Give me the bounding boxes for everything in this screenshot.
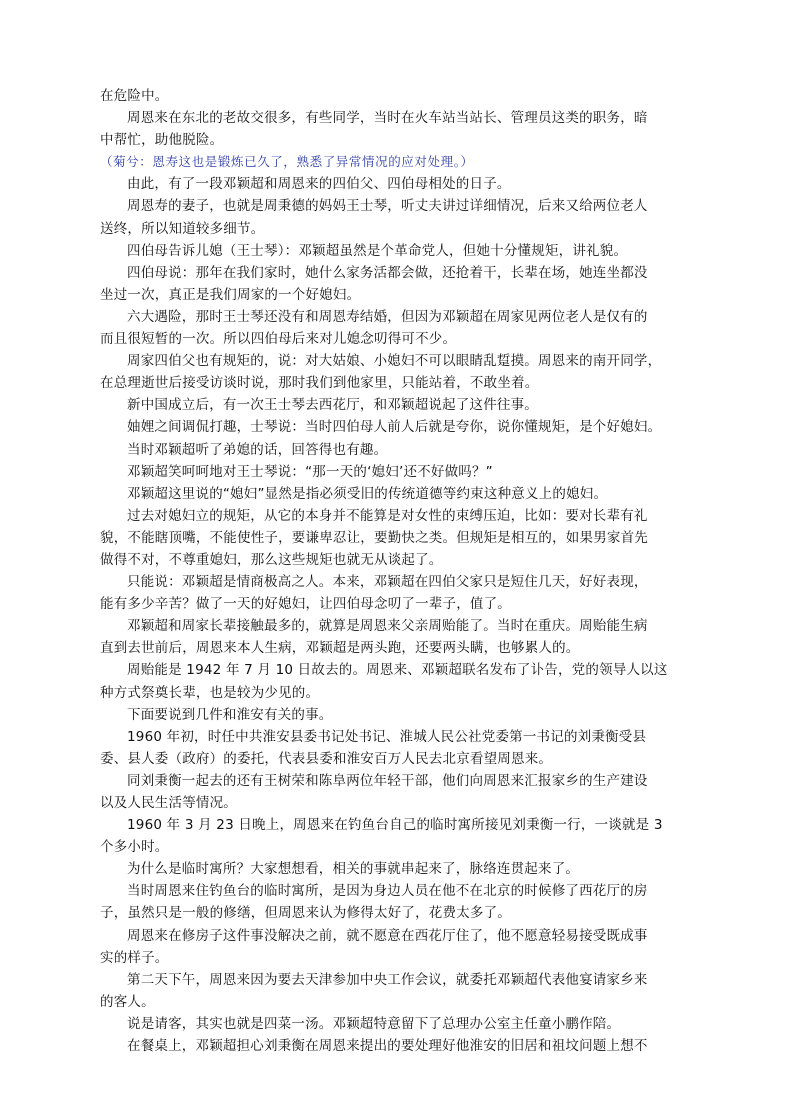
text-line: 只能说：邓颖超是情商极高之人。本来，邓颖超在四伯父家只是短住几天，好好表现， — [100, 571, 682, 593]
text-line: 在危险中。 — [100, 85, 682, 107]
text-line: 而且很短暂的一次。所以四伯母后来对儿媳念叨得可不少。 — [100, 328, 682, 350]
text-line: 邓颖超这里说的“媳妇”显然是指必须受旧的传统道德等约束这种意义上的媳妇。 — [100, 483, 682, 505]
text-line: 以及人民生活等情况。 — [100, 792, 682, 814]
text-line: 周恩来在东北的老故交很多，有些同学，当时在火车站当站长、管理员这类的职务，暗 — [100, 107, 682, 129]
text-line: 委、县人委（政府）的委托，代表县委和淮安百万人民去北京看望周恩来。 — [100, 748, 682, 770]
text-line: 六大遇险，那时王士琴还没有和周恩寿结婚，但因为邓颖超在周家见两位老人是仅有的 — [100, 306, 682, 328]
text-line: 由此，有了一段邓颖超和周恩来的四伯父、四伯母相处的日子。 — [100, 173, 682, 195]
text-line: 坐过一次，真正是我们周家的一个好媳妇。 — [100, 284, 682, 306]
text-line: 做得不对，不尊重媳妇，那么这些规矩也就无从谈起了。 — [100, 549, 682, 571]
text-line: 送终，所以知道较多细节。 — [100, 218, 682, 240]
text-line: 在总理逝世后接受访谈时说，那时我们到他家里，只能站着，不敢坐着。 — [100, 372, 682, 394]
text-line: 说是请客，其实也就是四菜一汤。邓颖超特意留下了总理办公室主任童小鹏作陪。 — [100, 1013, 682, 1035]
text-line: 为什么是临时寓所？大家想想看，相关的事就串起来了，脉络连贯起来了。 — [100, 858, 682, 880]
document-page: 在危险中。周恩来在东北的老故交很多，有些同学，当时在火车站当站长、管理员这类的职… — [100, 85, 682, 1057]
text-line: 直到去世前后，周恩来本人生病，邓颖超是两头跑，还要两头瞒，也够累人的。 — [100, 637, 682, 659]
text-line: 周家四伯父也有规矩的，说：对大姑娘、小媳妇不可以眼睛乱踅摸。周恩来的南开同学， — [100, 350, 682, 372]
text-line: 子，虽然只是一般的修缮，但周恩来认为修得太好了，花费太多了。 — [100, 902, 682, 924]
text-line: 种方式祭奠长辈，也是较为少见的。 — [100, 682, 682, 704]
text-line: 在餐桌上，邓颖超担心刘秉衡在周恩来提出的要处理好他淮安的旧居和祖坟问题上想不 — [100, 1035, 682, 1057]
editor-note: （菊兮：恩寿这也是锻炼已久了，熟悉了异常情况的应对处理。） — [100, 151, 682, 173]
text-line: 下面要说到几件和淮安有关的事。 — [100, 704, 682, 726]
text-line: 个多小时。 — [100, 836, 682, 858]
text-line: 的客人。 — [100, 991, 682, 1013]
text-line: 四伯母说：那年在我们家时，她什么家务活都会做，还抢着干，长辈在场，她连坐都没 — [100, 262, 682, 284]
text-line: 新中国成立后，有一次王士琴去西花厅，和邓颖超说起了这件往事。 — [100, 394, 682, 416]
text-line: 实的样子。 — [100, 947, 682, 969]
text-line: 邓颖超笑呵呵地对王士琴说：“那一天的‘媳妇’还不好做吗？” — [100, 461, 682, 483]
text-line: 能有多少辛苦？做了一天的好媳妇，让四伯母念叨了一辈子，值了。 — [100, 593, 682, 615]
text-line: 1960 年初，时任中共淮安县委书记处书记、淮城人民公社党委第一书记的刘秉衡受县 — [100, 726, 682, 748]
text-line: 1960 年 3 月 23 日晚上，周恩来在钓鱼台自己的临时寓所接见刘秉衡一行，… — [100, 814, 682, 836]
text-line: 当时邓颖超听了弟媳的话，回答得也有趣。 — [100, 439, 682, 461]
text-line: 貌，不能瞎顶嘴，不能使性子，要谦卑忍让，要勤快之类。但规矩是相互的，如果男家首先 — [100, 527, 682, 549]
text-line: 四伯母告诉儿媳（王士琴）：邓颖超虽然是个革命党人，但她十分懂规矩，讲礼貌。 — [100, 240, 682, 262]
text-line: 邓颖超和周家长辈接触最多的，就算是周恩来父亲周贻能了。当时在重庆。周贻能生病 — [100, 615, 682, 637]
text-line: 第二天下午，周恩来因为要去天津参加中央工作会议，就委托邓颖超代表他宴请家乡来 — [100, 969, 682, 991]
text-line: 中帮忙，助他脱险。 — [100, 129, 682, 151]
text-line: 过去对媳妇立的规矩，从它的本身并不能算是对女性的束缚压迫，比如：要对长辈有礼 — [100, 505, 682, 527]
text-line: 妯娌之间调侃打趣，士琴说：当时四伯母人前人后就是夸你，说你懂规矩，是个好媳妇。 — [100, 416, 682, 438]
text-line: 周恩来在修房子这件事没解决之前，就不愿意在西花厅住了，他不愿意轻易接受既成事 — [100, 925, 682, 947]
text-line: 当时周恩来住钓鱼台的临时寓所，是因为身边人员在他不在北京的时候修了西花厅的房 — [100, 880, 682, 902]
text-line: 同刘秉衡一起去的还有王树荣和陈阜两位年轻干部，他们向周恩来汇报家乡的生产建设 — [100, 770, 682, 792]
text-line: 周贻能是 1942 年 7 月 10 日故去的。周恩来、邓颖超联名发布了讣告，党… — [100, 659, 682, 681]
text-line: 周恩寿的妻子，也就是周秉德的妈妈王士琴，听丈夫讲过详细情况，后来又给两位老人 — [100, 195, 682, 217]
